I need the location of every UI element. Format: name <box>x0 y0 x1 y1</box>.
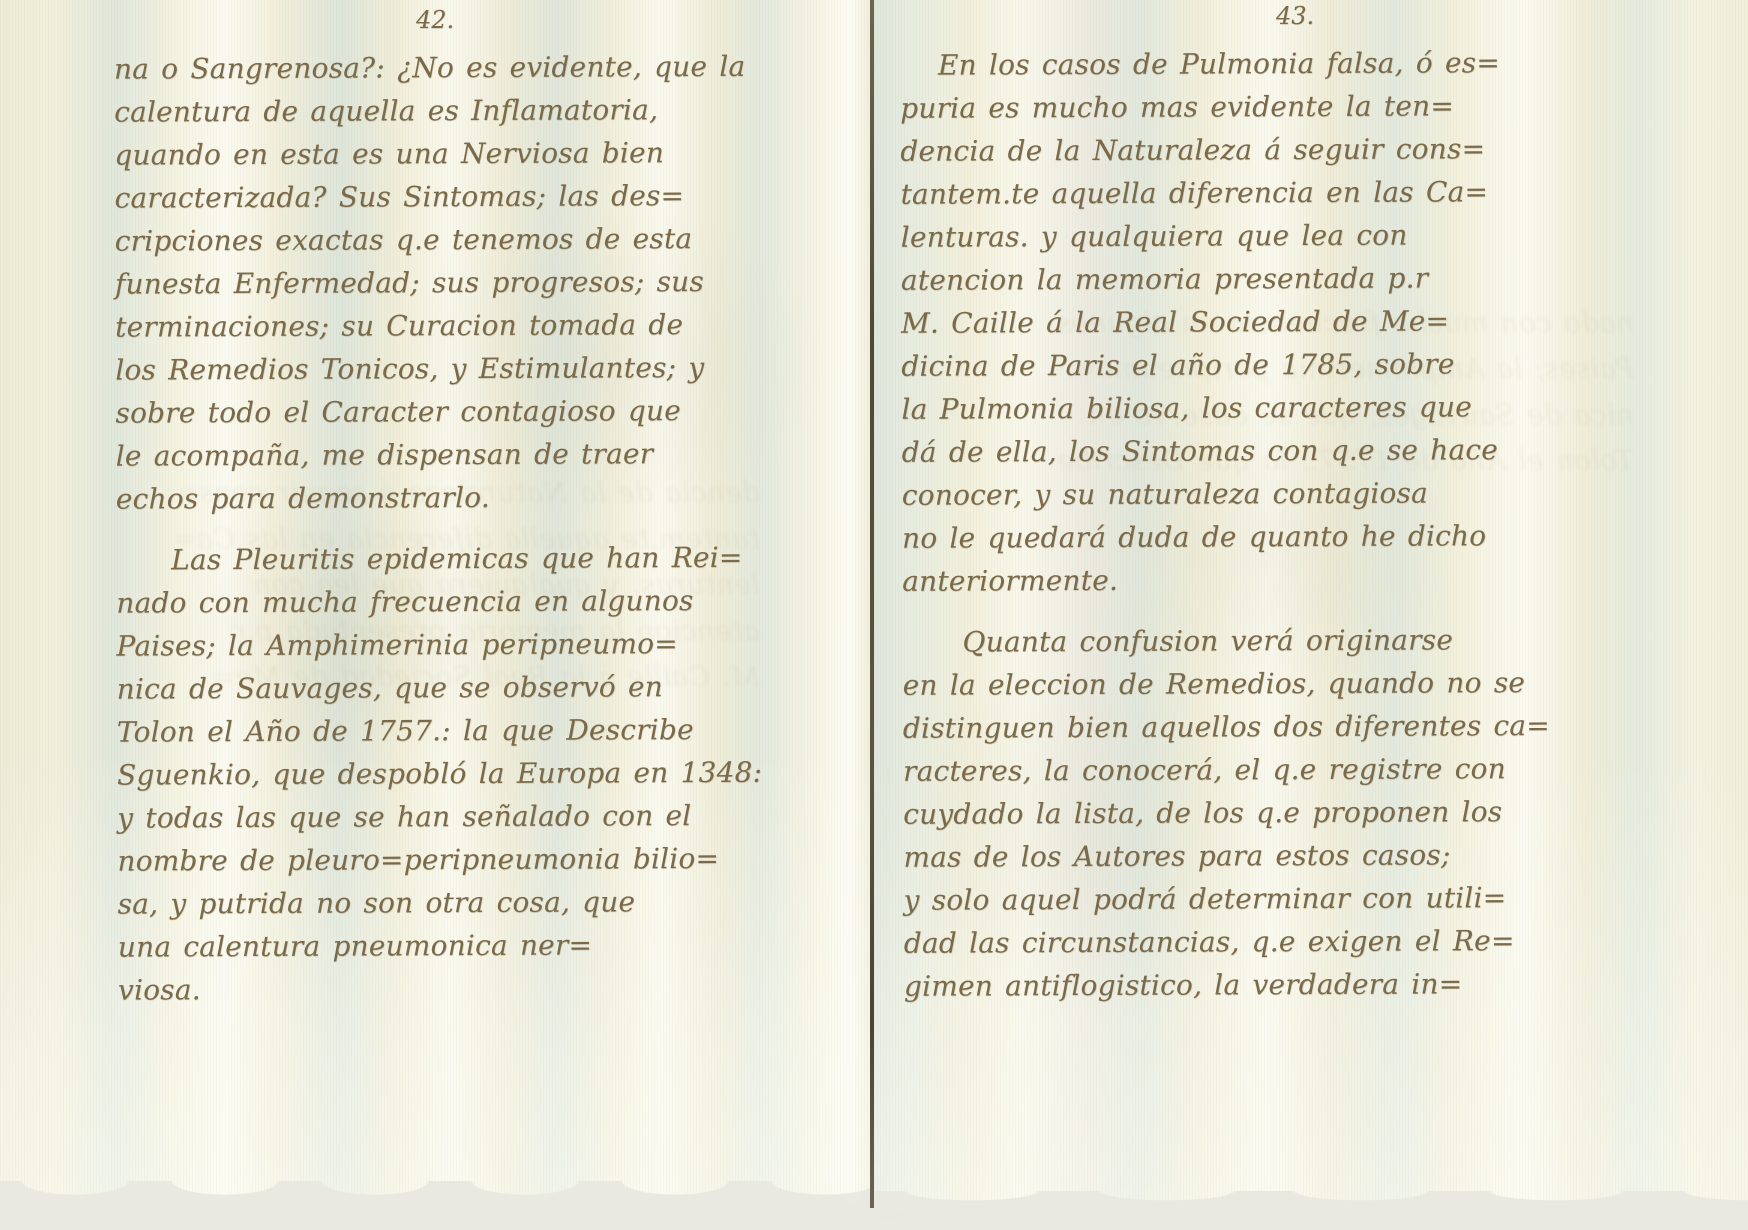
manuscript-line: caracterizada? Sus Sintomas; las des= <box>114 173 834 219</box>
manuscript-line: conocer, y su naturaleza contagiosa <box>902 470 1722 517</box>
manuscript-line: calentura de aquella es Inflamatoria, <box>114 87 834 133</box>
manuscript-line: le acompaña, me dispensan de traer <box>116 431 836 477</box>
manuscript-line: Paises; la Amphimerinia peripneumo= <box>116 621 836 667</box>
manuscript-line: funesta Enfermedad; sus progresos; sus <box>115 259 835 305</box>
manuscript-line: dicina de Paris el año de 1785, sobre <box>901 341 1721 388</box>
manuscript-line: Quanta confusion verá originarse <box>902 617 1722 664</box>
page-number-left: 42. <box>416 6 454 34</box>
deckle-edge-left <box>0 1181 872 1207</box>
right-page: 43. nado con mucha frecuencia en algunos… <box>874 0 1748 1210</box>
manuscript-line: viosa. <box>118 965 838 1011</box>
manuscript-line: nado con mucha frecuencia en algunos <box>116 578 836 624</box>
manuscript-line: dá de ella, los Sintomas con q.e se hace <box>902 427 1722 474</box>
manuscript-line: terminaciones; su Curacion tomada de <box>115 302 835 348</box>
manuscript-line: no le quedará duda de quanto he dicho <box>902 513 1722 560</box>
manuscript-line: dencia de la Naturaleza á seguir cons= <box>900 126 1720 173</box>
manuscript-line: anteriormente. <box>902 556 1722 603</box>
manuscript-line: na o Sangrenosa?: ¿No es evidente, que l… <box>114 44 834 90</box>
manuscript-line: distinguen bien aquellos dos diferentes … <box>903 703 1723 750</box>
manuscript-line: nica de Sauvages, que se observó en <box>117 664 837 710</box>
manuscript-line: cripciones exactas q.e tenemos de esta <box>115 216 835 262</box>
manuscript-line: puria es mucho mas evidente la ten= <box>900 83 1720 130</box>
manuscript-line: gimen antiflogistico, la verdadera in= <box>904 961 1724 1008</box>
manuscript-line: Tolon el Año de 1757.: la que Describe <box>117 707 837 753</box>
manuscript-line: Sguenkio, que despobló la Europa en 1348… <box>117 750 837 796</box>
manuscript-scan: 42. dencia de la Naturaleza á seguir con… <box>0 0 1748 1230</box>
manuscript-line: nombre de pleuro=peripneumonia bilio= <box>117 836 837 882</box>
left-page-text: na o Sangrenosa?: ¿No es evidente, que l… <box>114 44 838 1011</box>
manuscript-line: echos para demonstrarlo. <box>116 474 836 520</box>
manuscript-line: M. Caille á la Real Sociedad de Me= <box>901 298 1721 345</box>
page-number-right: 43. <box>1276 2 1314 30</box>
manuscript-line: sobre todo el Caracter contagioso que <box>115 388 835 434</box>
manuscript-line: y todas las que se han señalado con el <box>117 793 837 839</box>
manuscript-line: dad las circunstancias, q.e exigen el Re… <box>904 918 1724 965</box>
manuscript-line: sa, y putrida no son otra cosa, que <box>118 879 838 925</box>
manuscript-line: atencion la memoria presentada p.r <box>901 255 1721 302</box>
manuscript-line: mas de los Autores para estos casos; <box>903 832 1723 879</box>
manuscript-line: quando en esta es una Nerviosa bien <box>114 130 834 176</box>
manuscript-line: y solo aquel podrá determinar con utili= <box>904 875 1724 922</box>
manuscript-line: cuydado la lista, de los q.e proponen lo… <box>903 789 1723 836</box>
manuscript-line: Las Pleuritis epidemicas que han Rei= <box>116 535 836 581</box>
manuscript-line: la Pulmonia biliosa, los caracteres que <box>901 384 1721 431</box>
paragraph: En los casos de Pulmonia falsa, ó es= pu… <box>900 40 1722 603</box>
left-page: 42. dencia de la Naturaleza á seguir con… <box>0 0 872 1206</box>
manuscript-line: tantem.te aquella diferencia en las Ca= <box>900 169 1720 216</box>
paragraph: Las Pleuritis epidemicas que han Rei= na… <box>116 535 838 1011</box>
manuscript-line: racteres, la conocerá, el q.e registre c… <box>903 746 1723 793</box>
paragraph: na o Sangrenosa?: ¿No es evidente, que l… <box>114 44 836 520</box>
manuscript-line: En los casos de Pulmonia falsa, ó es= <box>900 40 1720 87</box>
right-page-text: En los casos de Pulmonia falsa, ó es= pu… <box>900 40 1724 1008</box>
manuscript-line: en la eleccion de Remedios, quando no se <box>903 660 1723 707</box>
paragraph: Quanta confusion verá originarse en la e… <box>902 617 1724 1008</box>
deckle-edge-right <box>874 1191 1748 1211</box>
manuscript-line: una calentura pneumonica ner= <box>118 922 838 968</box>
manuscript-line: los Remedios Tonicos, y Estimulantes; y <box>115 345 835 391</box>
manuscript-line: lenturas. y qualquiera que lea con <box>901 212 1721 259</box>
